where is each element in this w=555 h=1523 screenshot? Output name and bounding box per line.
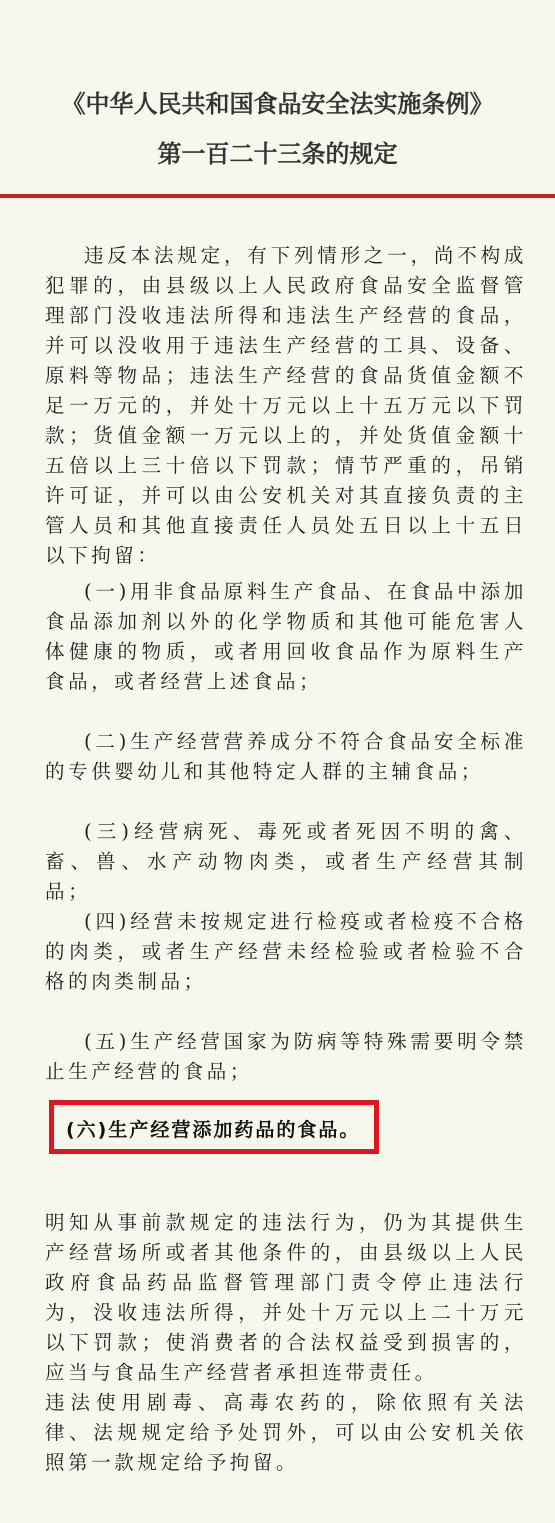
article-item-2: (二)生产经营营养成分不符合食品安全标准的专供婴幼儿和其他特定人群的主辅食品； [45, 727, 527, 787]
highlighted-item-box: (六)生产经营添加药品的食品。 [49, 1100, 379, 1154]
document-title: 《中华人民共和国食品安全法实施条例》 [0, 84, 555, 119]
header-divider [0, 194, 555, 198]
document-subtitle: 第一百二十三条的规定 [0, 134, 555, 169]
closing-paragraph-2: 违法使用剧毒、高毒农药的，除依照有关法律、法规规定给予处罚外，可以由公安机关依照… [45, 1388, 527, 1478]
article-item-1: (一)用非食品原料生产食品、在食品中添加食品添加剂以外的化学物质和其他可能危害人… [45, 577, 527, 697]
article-intro-paragraph: 违反本法规定，有下列情形之一，尚不构成犯罪的，由县级以上人民政府食品安全监督管理… [45, 241, 527, 571]
article-item-3: (三)经营病死、毒死或者死因不明的禽、畜、兽、水产动物肉类，或者生产经营其制品； [45, 817, 527, 907]
article-item-6-highlighted: (六)生产经营添加药品的食品。 [66, 1115, 360, 1142]
closing-paragraph-1: 明知从事前款规定的违法行为，仍为其提供生产经营场所或者其他条件的，由县级以上人民… [45, 1208, 527, 1388]
article-item-5: (五)生产经营国家为防病等特殊需要明令禁止生产经营的食品； [45, 1027, 527, 1087]
article-item-4: (四)经营未按规定进行检疫或者检疫不合格的肉类，或者生产经营未经检验或者检验不合… [45, 907, 527, 997]
